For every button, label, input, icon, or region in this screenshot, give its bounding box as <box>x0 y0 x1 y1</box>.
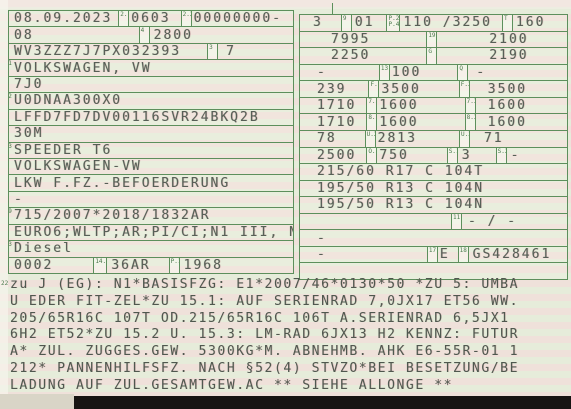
remarks-line: U EDER FIT-ZEL*ZU 15.1: AUF SERIENRAD 7,… <box>10 294 568 311</box>
row-trailer-load-seats: O.1 2500 O.2 750 S.1 3 S.2 - <box>300 148 567 165</box>
field-value: - <box>511 148 521 163</box>
field-label: U.2 <box>365 131 376 147</box>
row-body-designation: 5 LKW F.FZ.-BEFOERDERUNG <box>9 175 293 191</box>
row-support-load: 12 - 13 100 Q - <box>300 65 567 82</box>
field-value: VOLKSWAGEN-VW <box>14 159 142 174</box>
field-value-fuel: Diesel <box>14 241 73 256</box>
field-label: S.1 <box>447 148 458 164</box>
field-value: 3 <box>313 15 323 30</box>
remarks-line: LADUNG AUF ZUL.GESAMTGEW.AC ** SIEHE ALL… <box>10 378 568 395</box>
row-tyres-3: 15.3 195/50 R13 C 104N <box>300 197 567 214</box>
field-value: 0002 <box>14 258 53 273</box>
field-value-hsn: 0603 <box>131 11 170 26</box>
field-value: 36AR <box>111 258 150 273</box>
field-label: 14.1 <box>93 258 107 273</box>
field-value: - <box>317 65 327 80</box>
remarks-line: A* ZUL. ZUGGES.GEW. 5300KG*M. ABNEHMB. A… <box>10 344 568 361</box>
row-tyres-1: 15.1 215/60 R17 C 104T <box>300 164 567 181</box>
remarks-line: 205/65R16C 107T OD.215/65R16C 106T A.SER… <box>10 311 568 328</box>
field-label: U.3 <box>459 131 470 147</box>
field-value-tyres: 215/60 R17 C 104T <box>317 164 484 179</box>
redaction-bar <box>74 396 571 409</box>
row-fuel: P.3 Diesel <box>9 241 293 257</box>
row-trade-name: D.3 SPEEDER T6 <box>9 143 293 159</box>
field-value: 100 <box>392 65 421 80</box>
field-value-tsn: 00000000- <box>194 11 282 26</box>
field-value: 78 <box>317 131 337 146</box>
field-value-displacement: 1968 <box>184 258 223 273</box>
field-label: 18 <box>458 247 469 263</box>
field-value: 2500 <box>317 148 356 163</box>
row-class-body: J 08 4 2800 <box>9 27 293 43</box>
field-label: 22 <box>1 280 8 287</box>
field-value: 2813 <box>378 131 417 146</box>
field-value: - <box>14 192 24 207</box>
clipped-row-line <box>332 3 333 14</box>
field-value: 1600 <box>488 115 527 130</box>
field-value: - <box>317 247 327 262</box>
row-axles-power-speed: L 3 9 01 P.2 P.4 110 /3250 T 160 <box>300 15 567 32</box>
row-length-width: 18 7995 19 2100 <box>300 32 567 49</box>
field-label: T <box>502 15 513 31</box>
row-fuel-code-displacement: 10 0002 14.1 36AR P.1 1968 <box>9 258 293 273</box>
row-make: D.1 VOLKSWAGEN, VW <box>9 60 293 76</box>
row-axle-load-permitted: 8.1 1710 8.2 1600 8.3 1600 <box>300 114 567 131</box>
field-label: 13 <box>379 65 390 81</box>
field-value: 715/2007*2018/1832AR <box>14 208 211 223</box>
remarks-line: 6H2 ET52*ZU 15.2 U. 15.3: LM-RAD 6JX13 H… <box>10 327 568 344</box>
field-value-empty-mass: 2190 <box>489 48 528 63</box>
field-value-tyres: 195/50 R13 C 104N <box>317 197 484 212</box>
field-label: 8.2 <box>366 114 377 130</box>
row-type-approval: K - <box>300 230 567 247</box>
field-value-co2: 239 <box>317 82 346 97</box>
field-value: 30M <box>14 126 43 141</box>
field-value: LFFD7FD7DV00116SVR24BKQ2B <box>14 110 260 125</box>
field-value: 7 <box>226 44 236 59</box>
field-label: P.1 <box>169 258 180 273</box>
field-label: P.2 P.4 <box>386 15 400 31</box>
field-label: 7.2 <box>366 98 377 114</box>
field-value: 1710 <box>317 115 356 130</box>
field-value-model: SPEEDER T6 <box>14 143 112 158</box>
field-label: F.2 <box>459 81 470 97</box>
field-value-vin: WV3ZZZ7J7PX032393 <box>14 44 181 59</box>
field-value: 7J0 <box>14 77 43 92</box>
field-value-top-speed: 160 <box>516 15 545 30</box>
field-label: Q <box>457 65 468 81</box>
vehicle-registration-scan: { "palette":{"paper_pink":"#efe1da","pap… <box>0 0 571 409</box>
field-value: LKW F.FZ.-BEFOERDERUNG <box>14 176 230 191</box>
field-value: 750 <box>379 148 408 163</box>
row-version: LFFD7FD7DV00116SVR24BKQ2B <box>9 110 293 126</box>
field-label: F.1 <box>368 81 379 97</box>
scan-top-margin <box>0 0 571 9</box>
field-value-length: 7995 <box>331 32 370 47</box>
field-value: 1710 <box>317 98 356 113</box>
field-label: S.2 <box>496 148 507 164</box>
left-field-table: B 08.09.2023 2.1 0603 2.2 00000000- J 08… <box>8 10 294 274</box>
field-value-width: 2100 <box>489 32 528 47</box>
field-value: 1600 <box>488 98 527 113</box>
scan-left-margin <box>0 0 8 409</box>
field-value-certificate: GS428461 <box>473 247 552 262</box>
field-value: U0DNAA300X0 <box>14 93 122 108</box>
remarks-block: 22 zu J (EG): N1*BASISFZG: E1*2007/46*01… <box>10 277 568 395</box>
row-vin: E WV3ZZZ7J7PX032393 3 7 <box>9 44 293 60</box>
field-value: 3500 <box>381 82 420 97</box>
field-value: - <box>476 65 486 80</box>
row-variant: D.2 U0DNAA300X0 <box>9 93 293 109</box>
field-label: 2.1 <box>118 11 129 26</box>
field-label: 11 <box>451 214 462 230</box>
remarks-line: zu J (EG): N1*BASISFZG: E1*2007/46*0130*… <box>10 277 568 294</box>
field-value-seats: 3 <box>462 148 472 163</box>
field-label: 9 <box>341 15 352 31</box>
row-emission-text: 14 EURO6;WLTP;AR;PI/CI;N1 III, N2 <box>9 225 293 241</box>
field-value: 08 <box>14 28 34 43</box>
field-label: O.2 <box>366 148 377 164</box>
field-value-height: 2250 <box>331 48 370 63</box>
field-label: G <box>426 48 437 64</box>
field-value-tyres: 195/50 R13 C 104N <box>317 181 484 196</box>
row-manufacturer: 2 VOLKSWAGEN-VW <box>9 159 293 175</box>
field-value-make: VOLKSWAGEN, VW <box>14 61 152 76</box>
field-value: 01 <box>355 15 375 30</box>
field-label: 17 <box>427 247 438 263</box>
row-tyres-2: 15.2 195/50 R13 C 104N <box>300 181 567 198</box>
field-label: 19 <box>426 32 437 48</box>
row-type: 7J0 <box>9 77 293 93</box>
scan-bottom-corner <box>0 394 74 409</box>
remarks-line: 212* PANNENHILFSFZ. NACH §52(4) STVZO*BE… <box>10 361 568 378</box>
row-approval-number: 6 - 17 E 18 GS428461 <box>300 247 567 264</box>
right-field-table: L 3 9 01 P.2 P.4 110 /3250 T 160 18 7995… <box>299 14 568 280</box>
field-label: 2.2 <box>181 11 192 26</box>
field-value: 1600 <box>379 98 418 113</box>
row-first-registration: B 08.09.2023 2.1 0603 2.2 00000000- <box>9 11 293 27</box>
field-value-date: 08.09.2023 <box>14 11 112 26</box>
field-value: 1600 <box>379 115 418 130</box>
field-value: - <box>317 231 327 246</box>
row-axle-load-tech: 7.1 1710 7.2 1600 7.3 1600 <box>300 98 567 115</box>
field-value: - / - <box>468 214 517 229</box>
field-value: 3500 <box>488 82 527 97</box>
field-value: 71 <box>484 131 504 146</box>
field-value: EURO6;WLTP;AR;PI/CI;N1 III, N2 <box>14 225 293 240</box>
field-label: 8.3 <box>465 114 476 130</box>
row-version-cont: 30M <box>9 126 293 142</box>
field-value-power: 110 /3250 <box>403 15 491 30</box>
row-blank-dash: 6 - <box>9 192 293 208</box>
field-value: E <box>440 247 450 262</box>
field-label: 7.3 <box>465 98 476 114</box>
row-co2-total-mass: V.7 239 F.1 3500 F.2 3500 <box>300 81 567 98</box>
field-value: 2800 <box>154 28 193 43</box>
row-height-mass: 20 2250 G 2190 <box>300 48 567 65</box>
field-label: 4 <box>139 27 150 42</box>
row-colour: R 11 - / - <box>300 214 567 231</box>
field-label: 3 <box>207 44 218 59</box>
row-noise: U.1 78 U.2 2813 U.3 71 <box>300 131 567 148</box>
row-emission-standard: V.9 715/2007*2018/1832AR <box>9 208 293 224</box>
